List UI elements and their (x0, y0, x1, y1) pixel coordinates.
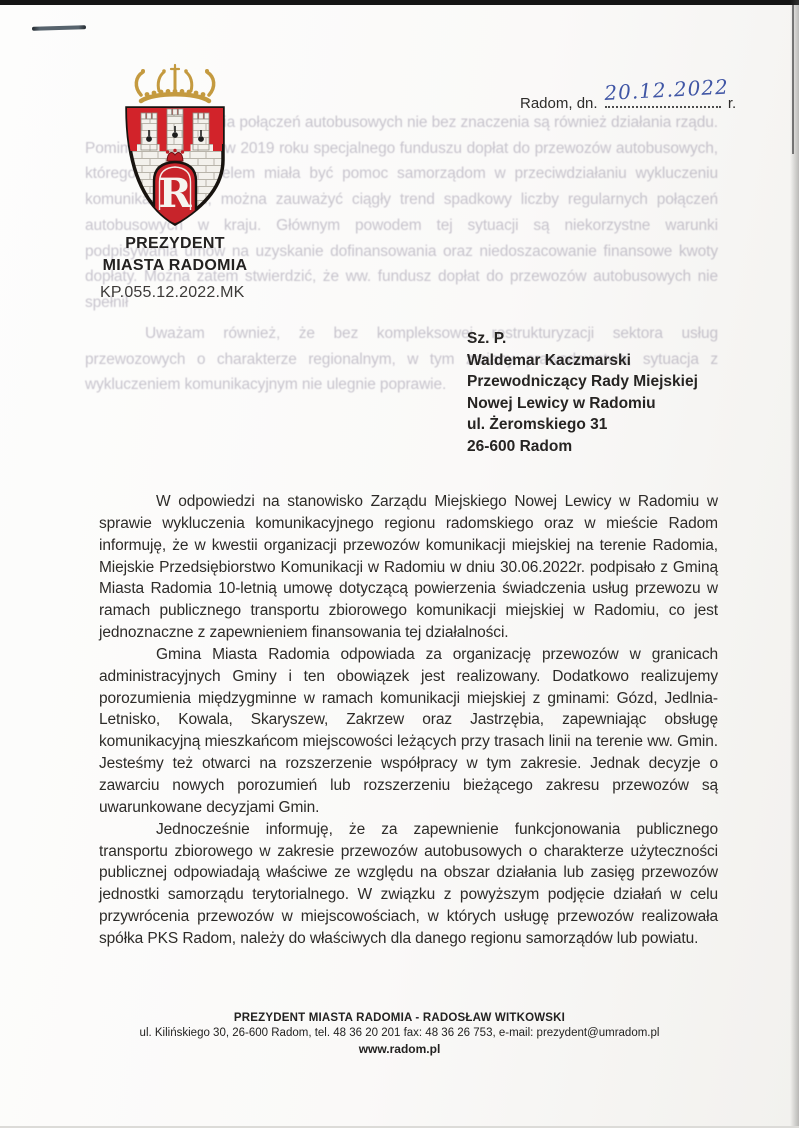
scan-edge-right (790, 0, 799, 1128)
scanned-letter-page: przywracania połączeń autobusowych nie b… (0, 0, 799, 1128)
recipient-line: Przewodniczący Rady Miejskiej (467, 371, 698, 393)
tower (141, 113, 157, 150)
tower (167, 109, 183, 150)
staple-mark (32, 25, 86, 31)
recipient-line: 26-600 Radom (467, 436, 698, 458)
sender-office-title: PREZYDENT MIASTA RADOMIA (75, 233, 275, 277)
radom-coat-of-arms: R (114, 60, 236, 230)
body-paragraph: W odpowiedzi na stanowisko Zarządu Miejs… (99, 491, 718, 644)
sender-office-line2: MIASTA RADOMIA (75, 255, 275, 277)
recipient-line: Waldemar Kaczmarski (467, 350, 698, 372)
scan-edge-right-line (792, 4, 794, 154)
letter-body: W odpowiedzi na stanowisko Zarządu Miejs… (99, 491, 718, 950)
portal-letter: R (158, 170, 192, 217)
footer-signature-line: PREZYDENT MIASTA RADOMIA - RADOSŁAW WITK… (0, 1012, 799, 1024)
body-paragraph: Jednocześnie informuję, że za zapewnieni… (99, 819, 718, 950)
scan-edge-top (0, 0, 799, 5)
dateline-prefix: Radom, dn. (520, 95, 598, 112)
crown-icon (136, 65, 213, 101)
dateline: Radom, dn. 20.12.2022 r. (520, 92, 736, 112)
recipient-line: Nowej Lewicy w Radomiu (467, 393, 698, 415)
reference-number: KP.055.12.2022.MK (100, 284, 245, 302)
body-paragraph: Gmina Miasta Radomia odpowiada za organi… (99, 644, 718, 819)
footer-website: www.radom.pl (0, 1042, 799, 1056)
handwritten-date: 20.12.2022 (603, 75, 729, 105)
recipient-block: Sz. P. Waldemar Kaczmarski Przewodnicząc… (467, 328, 698, 458)
letter-footer: PREZYDENT MIASTA RADOMIA - RADOSŁAW WITK… (0, 1012, 799, 1056)
footer-address-line: ul. Kilińskiego 30, 26-600 Radom, tel. 4… (0, 1027, 799, 1039)
tower (193, 113, 209, 150)
sender-office-line1: PREZYDENT (75, 233, 275, 255)
recipient-line: ul. Żeromskiego 31 (467, 414, 698, 436)
recipient-line: Sz. P. (467, 328, 698, 350)
date-dotted-line: 20.12.2022 (605, 92, 721, 108)
